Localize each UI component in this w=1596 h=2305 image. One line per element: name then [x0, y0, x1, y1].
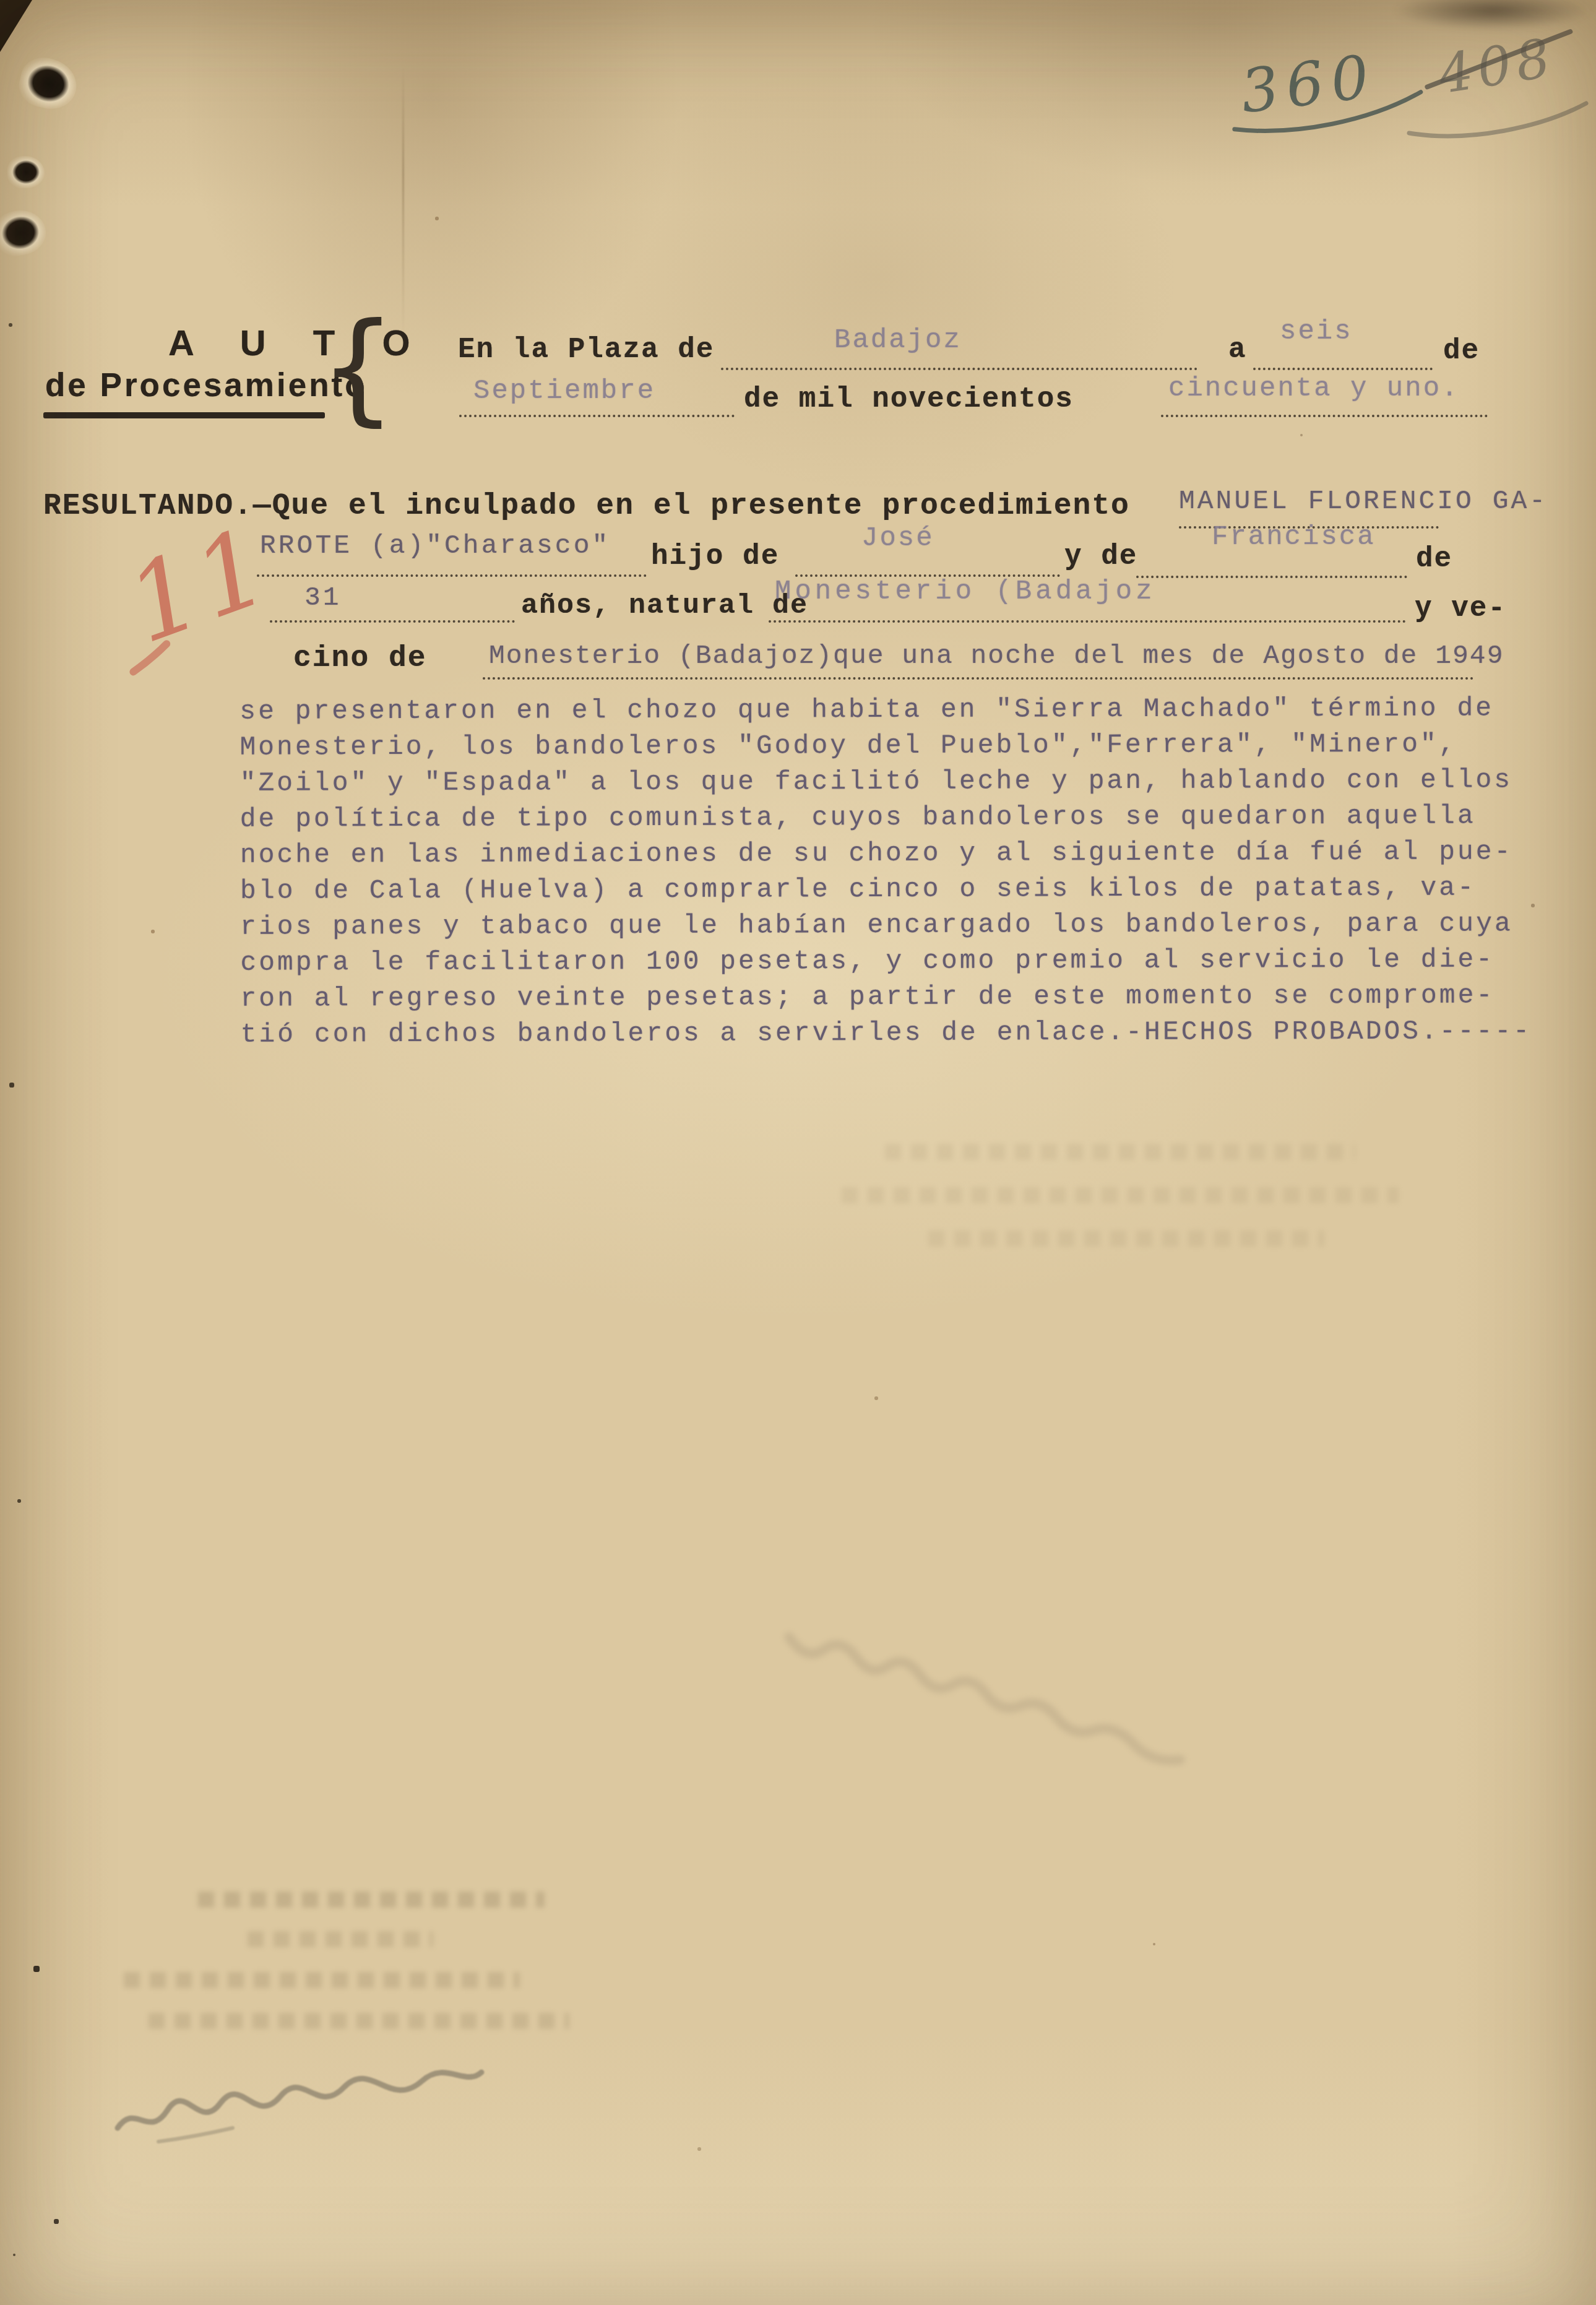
form-label-de: de — [1443, 335, 1480, 368]
typed-facts-paragraph: se presentaron en el chozo que habita en… — [239, 690, 1532, 1052]
typewritten-line: compra le facilitaron 100 pesetas, y com… — [240, 941, 1531, 980]
form-label-y-ve: y ve- — [1415, 593, 1506, 625]
bleed-through-text — [885, 1144, 1355, 1160]
bleed-through-text — [248, 1931, 433, 1947]
blank-line-mother — [1136, 543, 1407, 578]
second-underline — [1409, 103, 1586, 136]
typed-entry-day: seis — [1280, 317, 1353, 347]
blank-line-alias — [257, 542, 647, 577]
blank-line-age — [270, 588, 515, 623]
form-label-cino-de: cino de — [293, 642, 427, 676]
blank-line-year — [1161, 383, 1488, 417]
form-label-a: a — [1228, 334, 1247, 366]
typewritten-line: Monesterio, los bandoleros "Godoy del Pu… — [239, 726, 1530, 765]
blank-line-father — [795, 542, 1060, 577]
typewritten-line: blo de Cala (Huelva) a comprarle cinco o… — [240, 870, 1531, 909]
margin-case-number: 11 — [112, 504, 287, 667]
form-label-en-la-plaza: En la Plaza de — [458, 334, 714, 366]
form-label-y-de: y de — [1064, 541, 1137, 573]
typewritten-line: tió con dichos bandoleros a servirles de… — [241, 1013, 1532, 1052]
torn-corner-top-left — [0, 0, 32, 52]
ghost-scribble — [777, 1603, 1309, 1727]
bleed-through-text — [124, 1972, 520, 1988]
paper-specks — [0, 0, 1, 1]
folio-annotations: 360 408 — [1204, 15, 1594, 145]
blank-line-residence — [483, 645, 1474, 680]
typewritten-line: noche en las inmediaciones de su chozo y… — [240, 834, 1531, 873]
bleed-through-text — [842, 1187, 1399, 1203]
folio-number: 360 — [1237, 41, 1380, 127]
document-page: 360 408 A U T O de Procesamiento { En la… — [0, 0, 1596, 2305]
margin-mark: 11 — [114, 529, 263, 665]
struck-number: 408 — [1434, 27, 1559, 106]
bleed-through-text — [149, 2013, 569, 2029]
form-label-hijo-de: hijo de — [651, 541, 779, 573]
typewritten-line: rios panes y tabaco que le habían encarg… — [240, 906, 1531, 945]
ghost-signature — [99, 2049, 507, 2154]
punch-hole — [15, 53, 82, 115]
typewritten-line: de política de tipo comunista, cuyos ban… — [240, 798, 1531, 837]
punch-hole — [7, 156, 45, 188]
heading-underline — [43, 412, 325, 418]
bleed-through-text — [198, 1892, 545, 1908]
typewritten-line: ron al regreso veinte pesetas; a partir … — [240, 977, 1531, 1016]
typewritten-line: "Zoilo" y "Espada" a los que facilitó le… — [240, 762, 1531, 801]
resultando-lead: RESULTANDO.—Que el inculpado en el prese… — [43, 490, 1130, 524]
blank-line-month — [459, 383, 735, 417]
form-label-anos-natural: años, natural de — [521, 590, 808, 621]
typed-entry-place: Badajoz — [834, 326, 962, 356]
punch-hole — [0, 206, 50, 259]
typewritten-line: se presentaron en el chozo que habita en… — [239, 690, 1530, 729]
form-brace: { — [319, 307, 397, 428]
paper-crease — [402, 68, 404, 334]
form-label-de2: de — [1416, 543, 1452, 576]
form-label-de-mil-novecientos: de mil novecientos — [744, 384, 1074, 416]
bleed-through-text — [928, 1230, 1324, 1247]
blank-line-birthplace — [769, 588, 1406, 623]
